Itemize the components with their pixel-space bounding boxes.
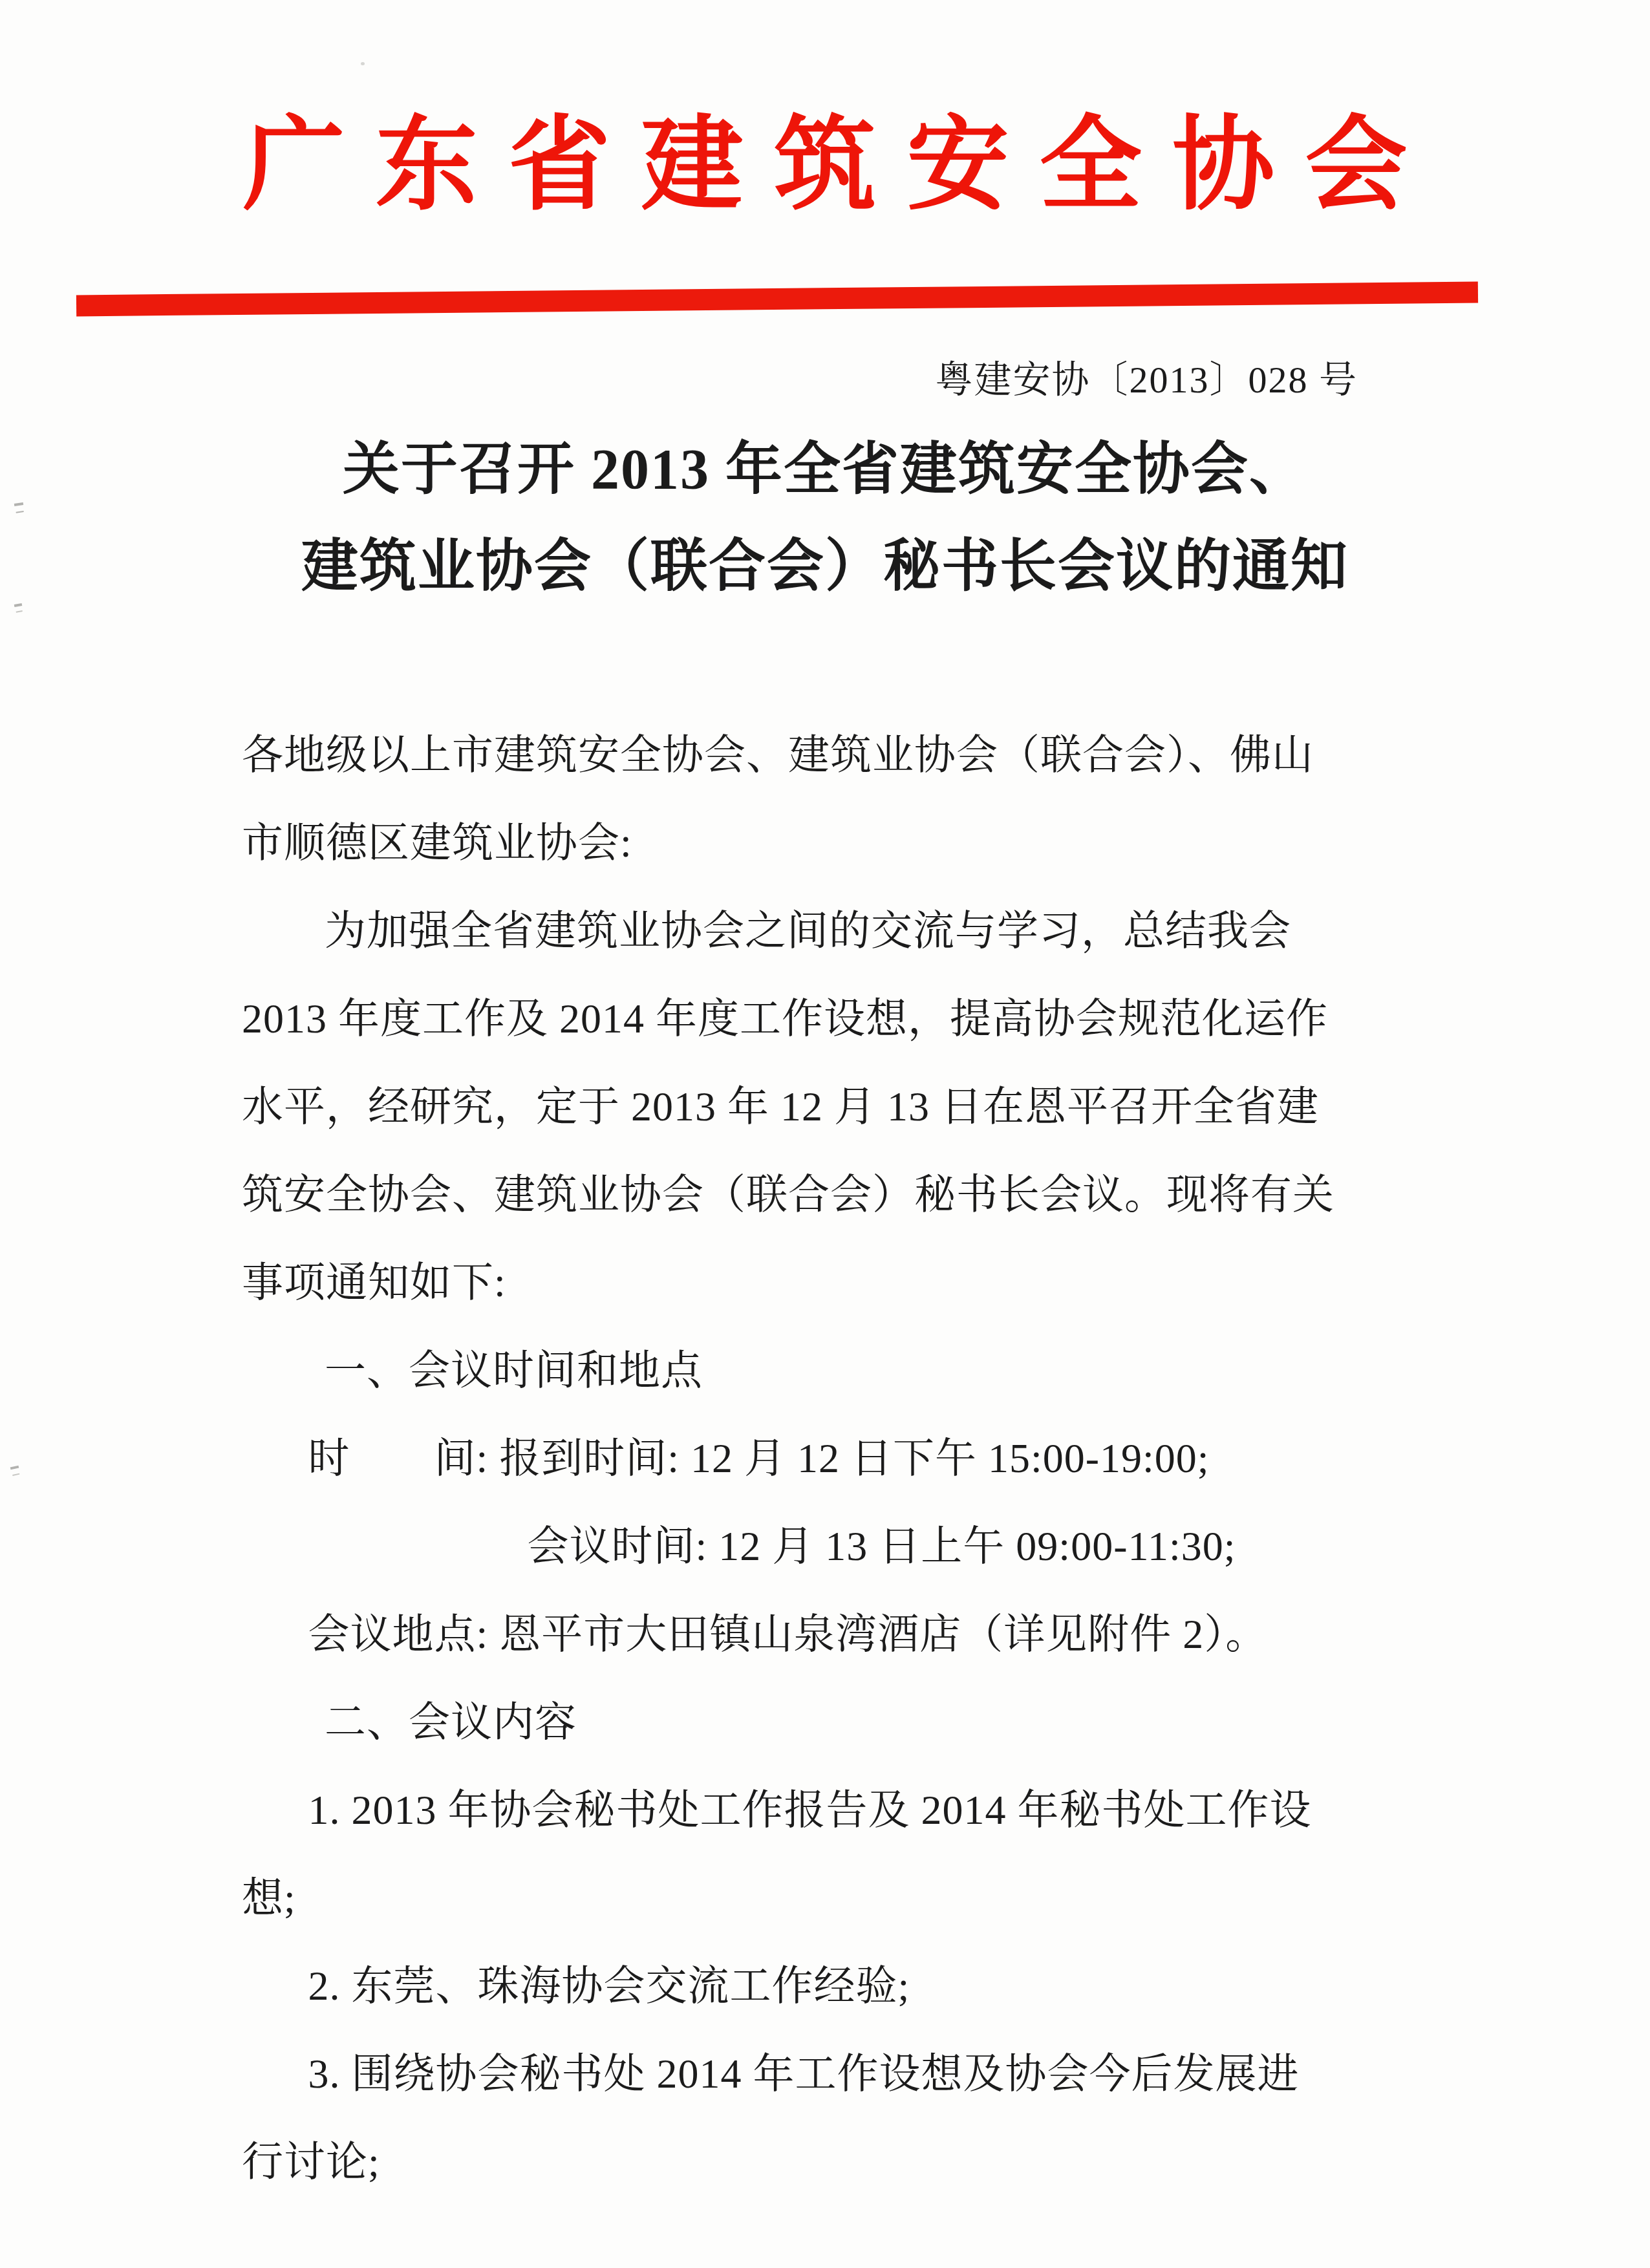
- body-line: 3. 围绕协会秘书处 2014 年工作设想及协会今后发展进: [242, 2030, 1416, 2118]
- letterhead-org-name: 广东省建筑安全协会: [0, 83, 1650, 230]
- body-line-text: 会议地点: 恩平市大田镇山泉湾酒店（详见附件 2）。: [308, 1611, 1267, 1657]
- body-line-text: 会议时间: 12 月 13 日上午 09:00-11:30;: [528, 1523, 1236, 1569]
- body-line: 各地级以上市建筑安全协会、建筑业协会（联合会）、佛山: [242, 711, 1416, 799]
- document-title: 关于召开 2013 年全省建筑安全协会、 建筑业协会（联合会）秘书长会议的通知: [0, 422, 1650, 615]
- document-number: 粤建安协〔2013〕028 号: [935, 349, 1358, 403]
- scan-artifact: [361, 62, 365, 65]
- body-line: 二、会议内容: [242, 1678, 1416, 1766]
- body-line-text: 行讨论;: [242, 2139, 380, 2185]
- scan-artifact: [10, 1466, 19, 1470]
- body-line-text: 一、会议时间和地点: [325, 1347, 703, 1393]
- document-title-line2: 建筑业协会（联合会）秘书长会议的通知: [0, 519, 1650, 615]
- body-line: 时 间: 报到时间: 12 月 12 日下午 15:00-19:00;: [242, 1415, 1416, 1503]
- body-line-text: 为加强全省建筑业协会之间的交流与学习，总结我会: [325, 908, 1291, 954]
- body-line-text: 各地级以上市建筑安全协会、建筑业协会（联合会）、佛山: [242, 732, 1314, 778]
- body-line: 1. 2013 年协会秘书处工作报告及 2014 年秘书处工作设: [242, 1766, 1416, 1854]
- body-line: 2013 年度工作及 2014 年度工作设想，提高协会规范化运作: [242, 975, 1416, 1063]
- body-line-text: 3. 围绕协会秘书处 2014 年工作设想及协会今后发展进: [308, 2051, 1299, 2097]
- body-line-text: 筑安全协会、建筑业协会（联合会）秘书长会议。现将有关: [242, 1171, 1334, 1217]
- document-title-line1: 关于召开 2013 年全省建筑安全协会、: [0, 422, 1650, 519]
- body-line: 为加强全省建筑业协会之间的交流与学习，总结我会: [242, 887, 1416, 975]
- body-line: 会议时间: 12 月 13 日上午 09:00-11:30;: [242, 1503, 1416, 1590]
- body-line-text: 1. 2013 年协会秘书处工作报告及 2014 年秘书处工作设: [308, 1787, 1311, 1833]
- body-line: 市顺德区建筑业协会:: [242, 799, 1416, 887]
- body-line: 一、会议时间和地点: [242, 1327, 1416, 1415]
- body-line-text: 市顺德区建筑业协会:: [242, 820, 632, 866]
- body-line: 事项通知如下:: [242, 1239, 1416, 1327]
- scanned-document-page: 广东省建筑安全协会 粤建安协〔2013〕028 号 关于召开 2013 年全省建…: [0, 0, 1650, 2268]
- body-line-text: 二、会议内容: [325, 1699, 577, 1745]
- body-line: 行讨论;: [242, 2118, 1416, 2206]
- body-line: 想;: [242, 1854, 1416, 1942]
- letterhead-red-rule: [76, 282, 1478, 317]
- body-line-text: 2. 东莞、珠海协会交流工作经验;: [308, 1963, 910, 2009]
- body-line: 会议地点: 恩平市大田镇山泉湾酒店（详见附件 2）。: [242, 1590, 1416, 1678]
- body-line-text: 时 间: 报到时间: 12 月 12 日下午 15:00-19:00;: [308, 1435, 1209, 1481]
- body-line-text: 想;: [242, 1875, 296, 1921]
- body-line-text: 事项通知如下:: [242, 1259, 506, 1305]
- body-line-text: 水平，经研究，定于 2013 年 12 月 13 日在恩平召开全省建: [242, 1084, 1319, 1129]
- document-body: 各地级以上市建筑安全协会、建筑业协会（联合会）、佛山 市顺德区建筑业协会: 为加…: [242, 711, 1416, 2206]
- body-line: 2. 东莞、珠海协会交流工作经验;: [242, 1942, 1416, 2030]
- body-line: 筑安全协会、建筑业协会（联合会）秘书长会议。现将有关: [242, 1151, 1416, 1239]
- body-line-text: 2013 年度工作及 2014 年度工作设想，提高协会规范化运作: [242, 996, 1328, 1042]
- body-line: 水平，经研究，定于 2013 年 12 月 13 日在恩平召开全省建: [242, 1063, 1416, 1151]
